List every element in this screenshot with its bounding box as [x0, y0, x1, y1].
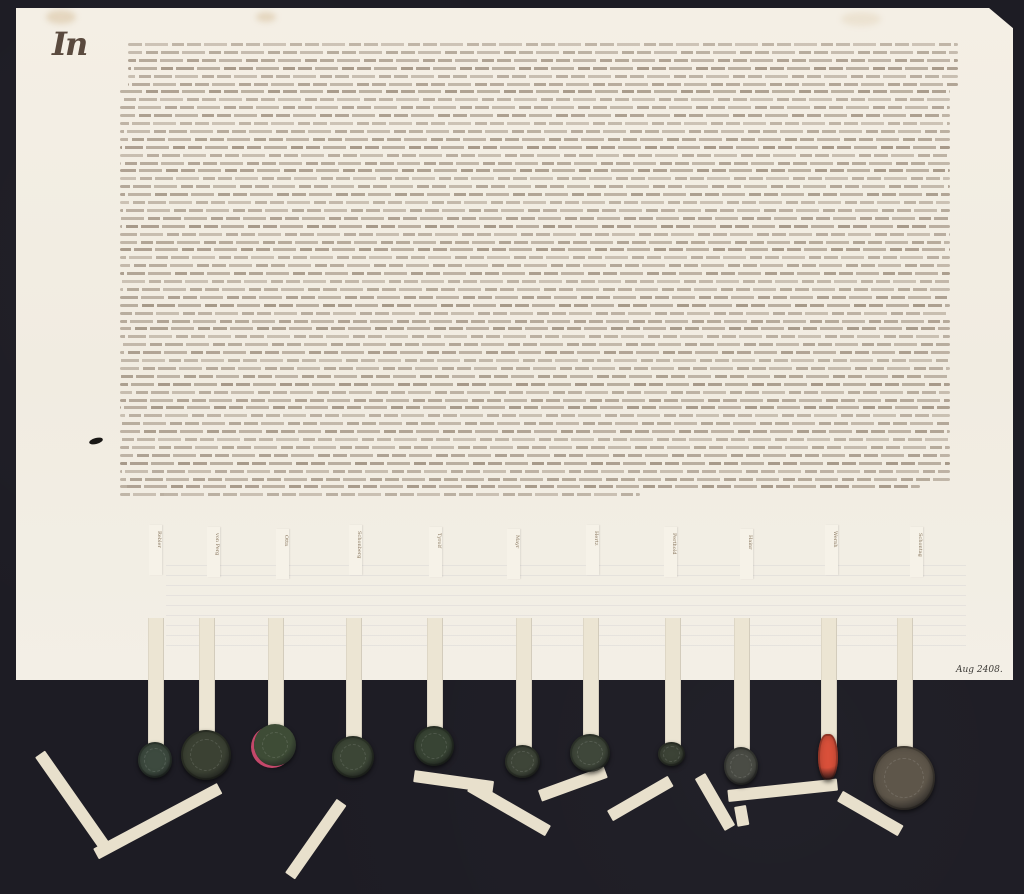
text-line — [120, 185, 950, 188]
text-line — [120, 272, 950, 275]
tag-label: von Perg — [207, 533, 220, 581]
loose-ribbon — [695, 773, 735, 831]
text-line — [120, 122, 950, 125]
text-line — [120, 169, 950, 172]
text-line — [128, 75, 958, 78]
seal-tag-5: Tyrolf — [429, 527, 442, 577]
text-line — [120, 296, 950, 299]
text-line — [120, 146, 950, 149]
text-line — [120, 391, 950, 394]
text-line — [120, 130, 950, 133]
text-line — [120, 470, 950, 473]
text-line — [120, 98, 950, 101]
text-line — [120, 359, 950, 362]
text-line — [120, 162, 950, 165]
text-line — [128, 43, 958, 46]
stain — [46, 10, 76, 24]
tag-label: Hertz — [586, 531, 599, 579]
loose-ribbon — [285, 799, 346, 880]
text-line — [128, 83, 958, 86]
wax-seal-2 — [181, 730, 231, 780]
seal-tag-4: Schonberg — [349, 525, 362, 575]
tag-label: Wernh — [825, 531, 838, 579]
text-line — [120, 485, 920, 488]
text-line — [120, 422, 950, 425]
loose-ribbon — [607, 776, 674, 821]
wax-seal-10 — [818, 734, 838, 780]
wax-seal-5 — [414, 726, 454, 766]
seal-tag-8: Perthold — [664, 527, 677, 577]
tag-label: Tyrolf — [429, 533, 442, 581]
text-line — [120, 264, 950, 267]
text-line — [120, 414, 950, 417]
text-line — [120, 90, 950, 93]
wax-seal-9 — [724, 747, 758, 785]
stain — [841, 12, 881, 26]
text-line — [120, 201, 950, 204]
seal-tag-9: Hainr — [740, 529, 753, 579]
stain — [256, 12, 276, 22]
text-line — [120, 367, 950, 370]
text-line — [120, 177, 950, 180]
tag-label: Rebler — [149, 531, 162, 579]
seal-tag-1: Rebler — [149, 525, 162, 575]
wax-seal-6 — [505, 745, 540, 778]
text-line — [120, 406, 950, 409]
text-line — [120, 225, 950, 228]
seal-tag-10: Wernh — [825, 525, 838, 575]
text-line — [120, 462, 950, 465]
text-line — [120, 383, 950, 386]
text-line — [120, 335, 950, 338]
text-line — [120, 454, 950, 457]
wax-seal-1 — [138, 742, 172, 778]
loose-ribbon — [538, 766, 608, 801]
text-line — [120, 138, 950, 141]
text-line — [120, 438, 950, 441]
tag-label: Hainr — [740, 535, 753, 583]
text-line — [120, 256, 950, 259]
text-line — [120, 217, 950, 220]
loose-ribbon — [35, 751, 114, 856]
text-line — [120, 399, 950, 402]
text-line — [120, 312, 950, 315]
text-line — [120, 114, 950, 117]
wax-seal-3 — [254, 724, 296, 766]
tag-label: Schonberg — [349, 531, 362, 579]
seal-tag-3: Ottn — [276, 529, 289, 579]
text-line — [120, 375, 950, 378]
text-line — [120, 241, 950, 244]
seal-strap-6 — [516, 618, 532, 762]
text-line — [120, 351, 950, 354]
text-line — [120, 233, 950, 236]
text-line — [120, 327, 950, 330]
charter-text-body — [128, 43, 958, 508]
text-line — [120, 193, 950, 196]
seal-strap-1 — [148, 618, 164, 760]
text-line — [120, 493, 640, 496]
tag-label: Perthold — [664, 533, 677, 581]
wax-seal-4 — [332, 736, 374, 778]
text-line — [128, 51, 958, 54]
seal-strap-7 — [583, 618, 599, 753]
tag-label: Ottn — [276, 535, 289, 583]
seal-tag-6: Mayr — [507, 529, 520, 579]
text-line — [128, 59, 958, 62]
text-line — [120, 320, 950, 323]
text-line — [120, 304, 950, 307]
text-line — [120, 430, 950, 433]
wax-seal-8 — [658, 742, 685, 766]
seal-strap-9 — [734, 618, 750, 766]
loose-ribbon — [93, 783, 222, 859]
text-line — [128, 67, 958, 70]
text-line — [120, 106, 950, 109]
text-line — [120, 209, 950, 212]
tag-label: Mayr — [507, 535, 520, 583]
seal-tag-7: Hertz — [586, 525, 599, 575]
text-line — [120, 478, 950, 481]
text-line — [120, 446, 950, 449]
decorated-initial: In — [52, 28, 132, 60]
tag-label: Schontag — [910, 533, 923, 581]
wax-seal-7 — [570, 734, 610, 772]
text-line — [120, 248, 950, 251]
text-line — [120, 343, 950, 346]
archive-signature: Aug 2408. — [956, 665, 1003, 675]
text-line — [120, 288, 950, 291]
text-line — [120, 154, 950, 157]
text-line — [120, 280, 950, 283]
seal-tag-2: von Perg — [207, 527, 220, 577]
loose-ribbon — [734, 805, 749, 827]
seal-tag-11: Schontag — [910, 527, 923, 577]
wax-seal-11 — [873, 746, 935, 810]
seal-strap-8 — [665, 618, 681, 754]
